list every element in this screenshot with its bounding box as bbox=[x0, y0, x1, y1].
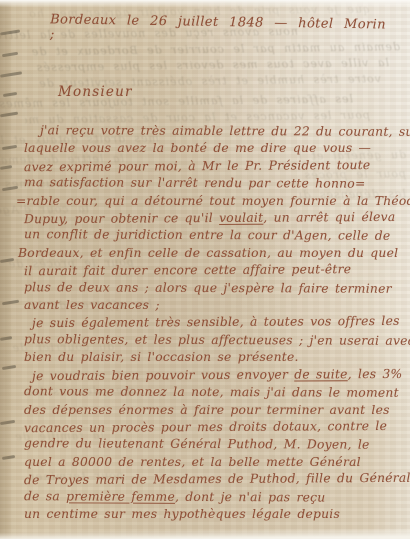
letter-line: dont vous me donnez la note, mais j'ai d… bbox=[24, 383, 406, 402]
letter-line: de sa première femme, dont je n'ai pas r… bbox=[24, 488, 406, 507]
letter-line: plus de deux ans ; alors que j'espère la… bbox=[24, 279, 406, 298]
letter-text: il aurait fait durer encore cette affair… bbox=[24, 262, 351, 278]
underlined-word: voulait bbox=[219, 211, 263, 225]
letter-text: Dupuy, pour obtenir ce qu'il bbox=[24, 211, 219, 226]
letter-text: Bordeaux, et enfin celle de cassation, a… bbox=[18, 246, 398, 260]
letter-text: avant les vacances ; bbox=[24, 298, 160, 312]
letter-line: des dépenses énormes à faire pour termin… bbox=[24, 402, 406, 419]
paper-bottom-edge bbox=[0, 528, 410, 539]
letter-line: bien du plaisir, si l'occasion se présen… bbox=[24, 349, 406, 366]
letter-body: j'ai reçu votre très aimable lettre du 2… bbox=[24, 123, 406, 523]
letter-line: quel a 80000 de rentes, et la belle mett… bbox=[24, 454, 406, 471]
letter-text: un centime sur mes hypothèques légale de… bbox=[24, 507, 340, 521]
letter-text: de sa bbox=[24, 489, 66, 503]
letter-text: des dépenses énormes à faire pour termin… bbox=[24, 403, 390, 417]
underlined-word: première femme bbox=[66, 489, 175, 503]
letter-line: de Troyes mari de Mesdames de Puthod, fi… bbox=[24, 470, 406, 490]
letter-line: un conflit de juridiction entre la cour … bbox=[24, 227, 406, 246]
letter-text: j'ai reçu votre très aimable lettre du 2… bbox=[40, 123, 410, 139]
letter-line: je voudrais bien pouvoir vous envoyer de… bbox=[32, 366, 406, 386]
paper-left-edge bbox=[0, 0, 12, 539]
letter-text: , les 3% bbox=[348, 367, 403, 381]
letter-text: quel a 80000 de rentes, et la belle mett… bbox=[24, 455, 361, 469]
letter-dateline: Bordeaux le 26 juillet 1848 — hôtel Mori… bbox=[50, 12, 400, 47]
letter-salutation: Monsieur bbox=[58, 84, 133, 100]
letter-text: je voudrais bien pouvoir vous envoyer bbox=[32, 367, 294, 383]
letter-line: ma satisfaction sur l'arrêt rendu par ce… bbox=[24, 174, 406, 193]
letter-text: laquelle vous avez la bonté de me dire q… bbox=[24, 141, 371, 155]
letter-text: =rable cour, qui a détourné tout moyen f… bbox=[16, 194, 410, 208]
letter-text: plus de deux ans ; alors que j'espère la… bbox=[24, 280, 392, 296]
letter-text: bien du plaisir, si l'occasion se présen… bbox=[24, 350, 299, 364]
letter-text: un conflit de juridiction entre la cour … bbox=[24, 228, 390, 244]
letter-text: de Troyes mari de Mesdames de Puthod, fi… bbox=[24, 471, 410, 487]
letter-text: plus obligentes, et les plus affectueuse… bbox=[24, 332, 410, 348]
letter-line: avant les vacances ; bbox=[24, 297, 406, 314]
letter-text: , un arrêt qui éleva bbox=[263, 210, 395, 225]
underlined-word: de suite bbox=[294, 367, 348, 381]
letter-line: plus obligentes, et les plus affectueuse… bbox=[24, 331, 406, 350]
letter-line: laquelle vous avez la bonté de me dire q… bbox=[24, 140, 406, 157]
paper-top-edge bbox=[0, 0, 410, 7]
letter-text: ma satisfaction sur l'arrêt rendu par ce… bbox=[24, 175, 366, 190]
scanned-letter-page: que je vous prie de bien vouloir agréer … bbox=[0, 0, 410, 539]
letter-line: =rable cour, qui a détourné tout moyen f… bbox=[16, 193, 406, 210]
bleedthrough-line: les affaires de la famille sont toujours… bbox=[0, 92, 353, 110]
letter-text: avez exprimé pour moi, à Mr le Pr. Prési… bbox=[24, 158, 371, 174]
letter-line: je suis également très sensible, à toute… bbox=[32, 313, 406, 333]
letter-text: , dont je n'ai pas reçu bbox=[175, 489, 326, 504]
letter-line: il aurait fait durer encore cette affair… bbox=[24, 261, 406, 281]
letter-line: Bordeaux, et enfin celle de cassation, a… bbox=[18, 245, 406, 262]
letter-line: gendre du lieutenant Général Puthod, M. … bbox=[24, 435, 406, 454]
letter-text: dont vous me donnez la note, mais j'ai d… bbox=[24, 384, 399, 400]
letter-text: je suis également très sensible, à toute… bbox=[32, 314, 400, 330]
letter-text: vacances un procès pour mes droits dotau… bbox=[24, 419, 387, 435]
letter-line: un centime sur mes hypothèques légale de… bbox=[24, 506, 406, 523]
letter-line: j'ai reçu votre très aimable lettre du 2… bbox=[40, 122, 406, 141]
letter-text: gendre du lieutenant Général Puthod, M. … bbox=[24, 436, 370, 452]
